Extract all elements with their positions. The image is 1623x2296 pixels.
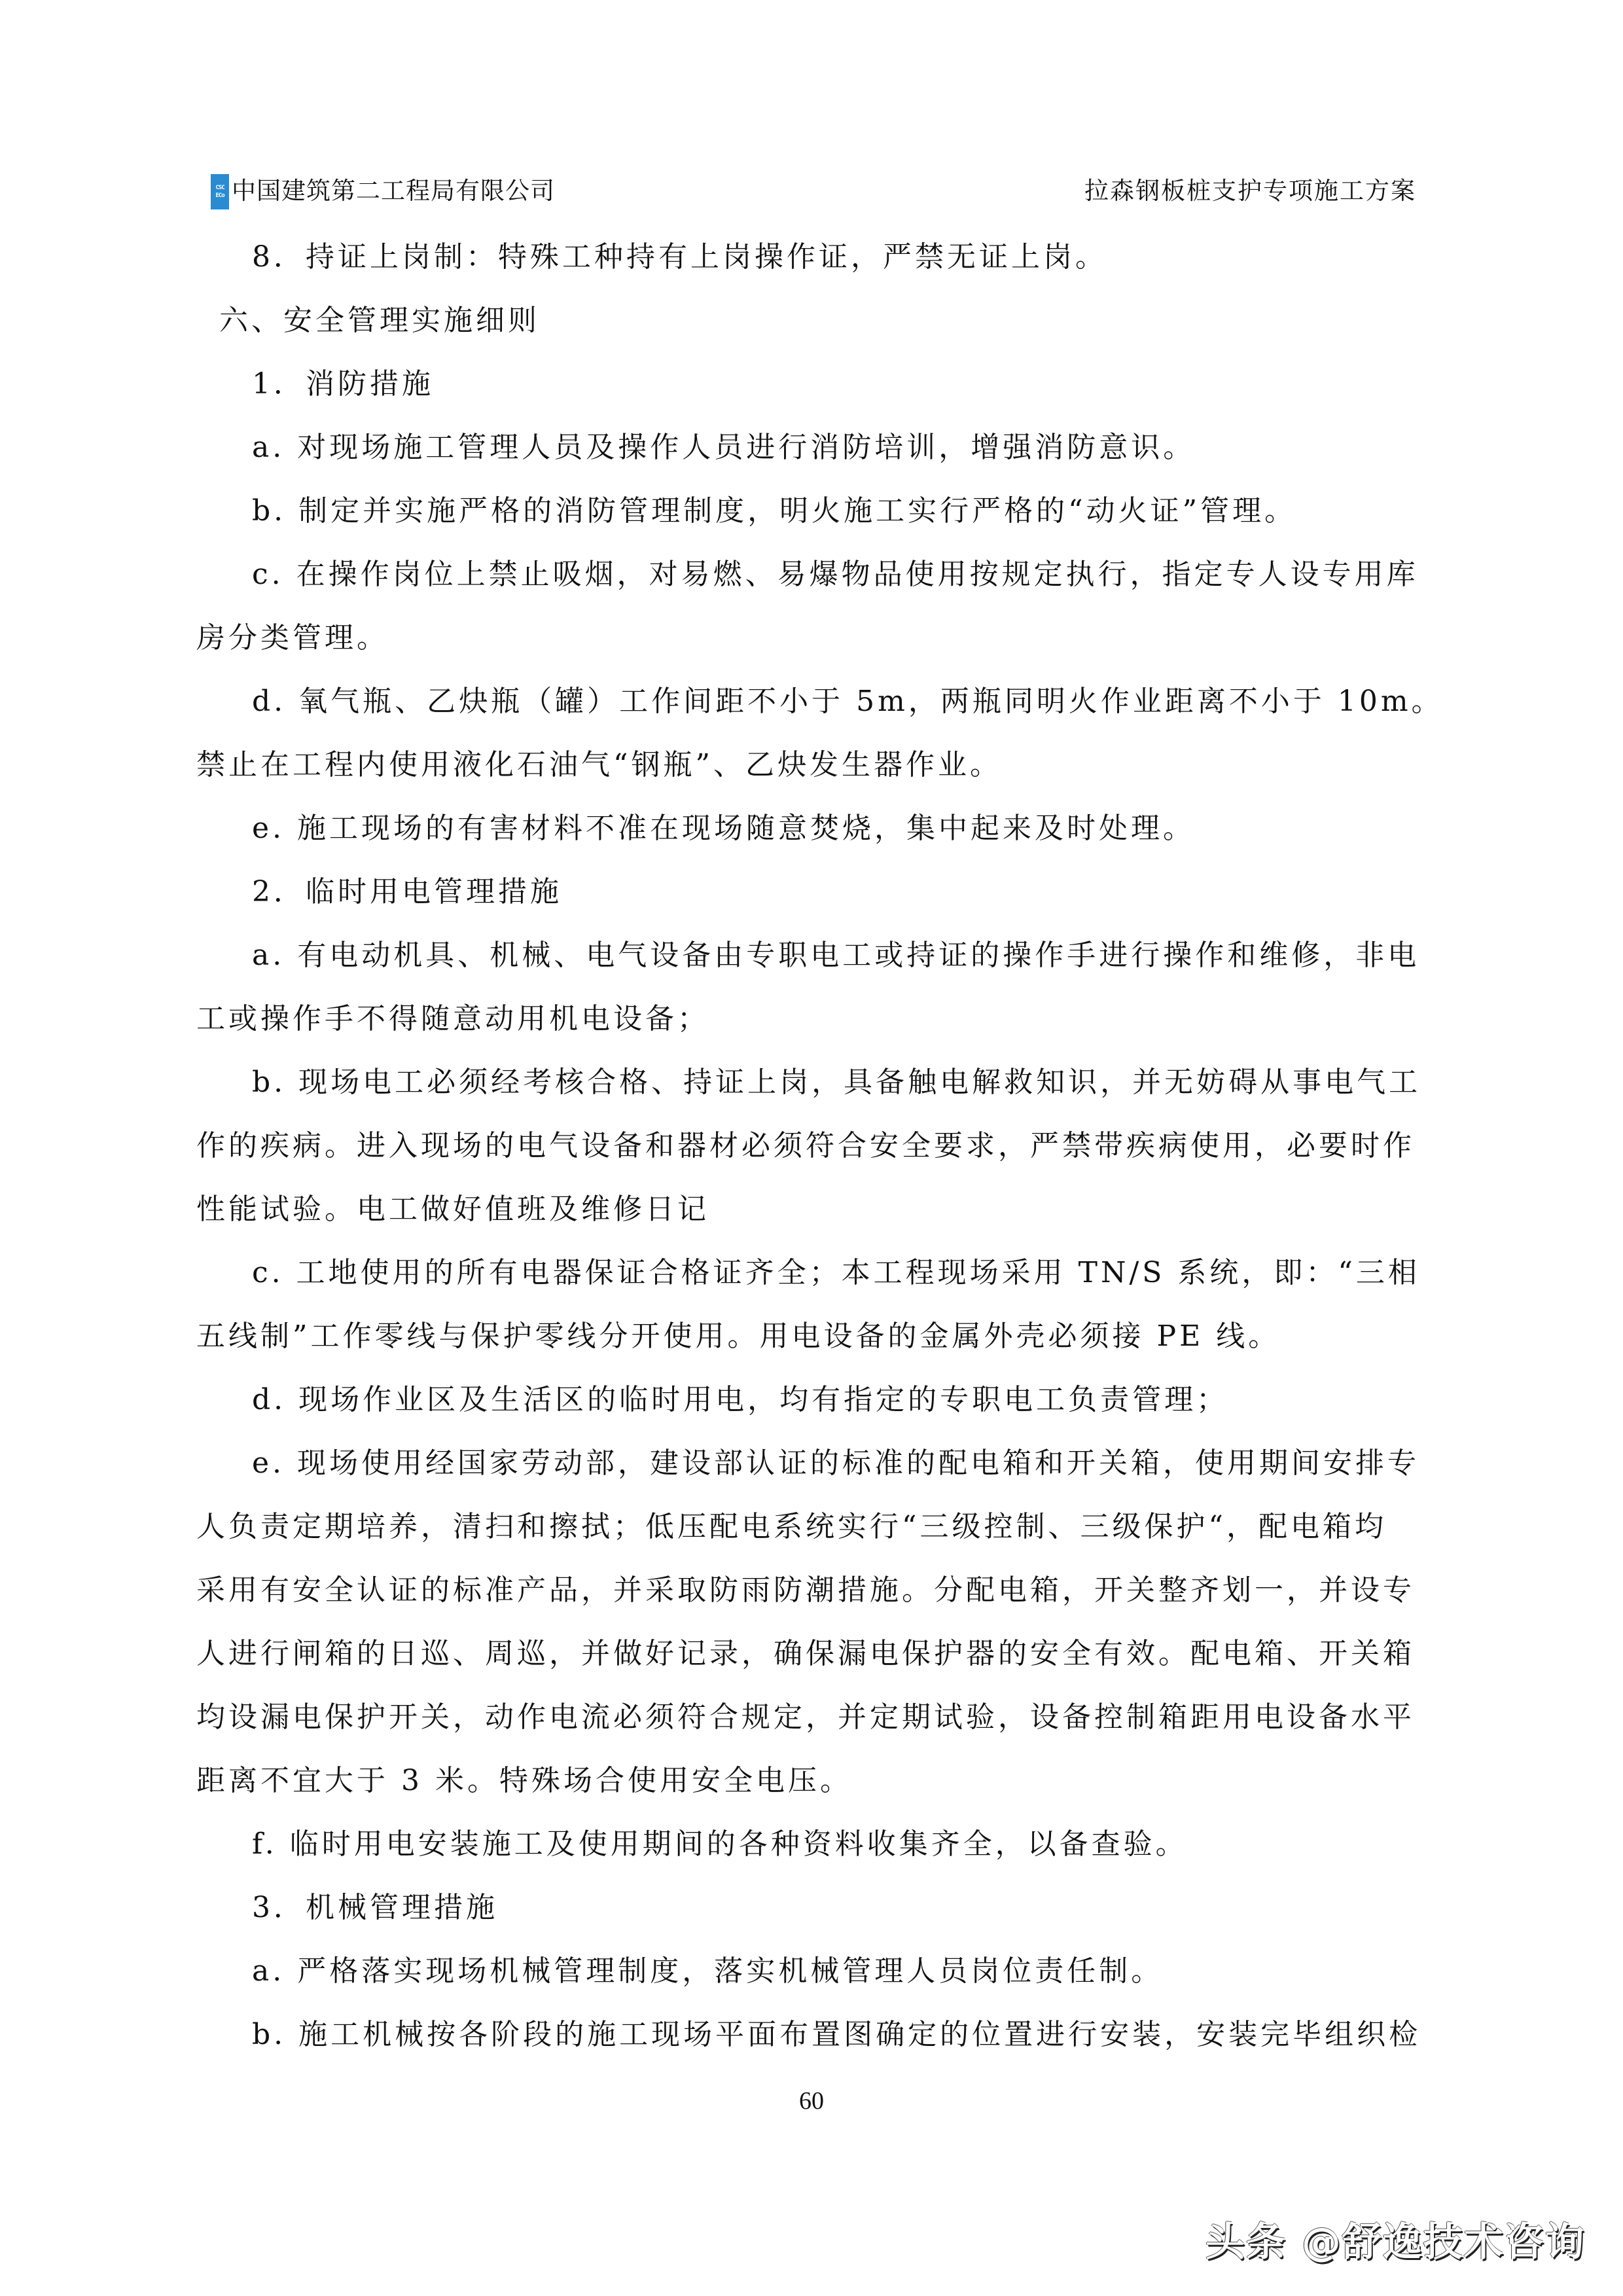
page-header: CSC ECo 中国建筑第二工程局有限公司 拉森钢板桩支护专项施工方案 xyxy=(208,171,1425,212)
subsection-heading: 3．机械管理措施 xyxy=(196,1876,1428,1939)
paragraph-line: f. 临时用电安装施工及使用期间的各种资料收集齐全，以备查验。 xyxy=(196,1812,1428,1876)
watermark: 头条 @舒逸技术咨询 xyxy=(1205,2217,1586,2267)
paragraph-line: d. 现场作业区及生活区的临时用电，均有指定的专职电工负责管理； xyxy=(196,1368,1428,1431)
document-body: 8．持证上岗制：特殊工种持有上岗操作证，严禁无证上岗。 六、安全管理实施细则 1… xyxy=(196,225,1428,2066)
paragraph-line: a. 对现场施工管理人员及操作人员进行消防培训，增强消防意识。 xyxy=(196,416,1428,479)
paragraph-continuation: 人进行闸箱的日巡、周巡，并做好记录，确保漏电保护器的安全有效。配电箱、开关箱 xyxy=(196,1622,1428,1685)
paragraph-line: b. 现场电工必须经考核合格、持证上岗，具备触电解救知识，并无妨碍从事电气工 xyxy=(196,1050,1428,1114)
paragraph-continuation: 采用有安全认证的标准产品，并采取防雨防潮措施。分配电箱，开关整齐划一，并设专 xyxy=(196,1558,1428,1622)
paragraph-line: c. 在操作岗位上禁止吸烟，对易燃、易爆物品使用按规定执行，指定专人设专用库 xyxy=(196,543,1428,606)
paragraph-line: e. 现场使用经国家劳动部，建设部认证的标准的配电箱和开关箱，使用期间安排专 xyxy=(196,1431,1428,1495)
paragraph-line: a. 严格落实现场机械管理制度，落实机械管理人员岗位责任制。 xyxy=(196,1939,1428,2003)
paragraph-line: b. 施工机械按各阶段的施工现场平面布置图确定的位置进行安装，安装完毕组织检 xyxy=(196,2003,1428,2066)
company-logo-icon: CSC ECo xyxy=(211,174,229,209)
subsection-heading: 1．消防措施 xyxy=(196,352,1428,416)
paragraph-continuation: 房分类管理。 xyxy=(196,606,1428,670)
paragraph-continuation: 距离不宜大于 3 米。特殊场合使用安全电压。 xyxy=(196,1749,1428,1812)
paragraph-continuation: 性能试验。电工做好值班及维修日记 xyxy=(196,1177,1428,1241)
page-number: 60 xyxy=(0,2087,1623,2115)
company-name: 中国建筑第二工程局有限公司 xyxy=(232,177,555,206)
section-heading: 六、安全管理实施细则 xyxy=(196,289,1428,352)
paragraph-continuation: 禁止在工程内使用液化石油气“钢瓶”、乙炔发生器作业。 xyxy=(196,733,1428,797)
paragraph-continuation: 人负责定期培养，清扫和擦拭；低压配电系统实行“三级控制、三级保护“，配电箱均 xyxy=(196,1495,1428,1558)
subsection-heading: 2．临时用电管理措施 xyxy=(196,860,1428,924)
paragraph-continuation: 工或操作手不得随意动用机电设备； xyxy=(196,987,1428,1050)
paragraph-line: d. 氧气瓶、乙炔瓶（罐）工作间距不小于 5m，两瓶同明火作业距离不小于 10m… xyxy=(196,670,1428,733)
paragraph-line: b. 制定并实施严格的消防管理制度，明火施工实行严格的“动火证”管理。 xyxy=(196,479,1428,543)
paragraph-line: a. 有电动机具、机械、电气设备由专职电工或持证的操作手进行操作和维修，非电 xyxy=(196,924,1428,987)
logo-row-top: CSC xyxy=(215,185,224,191)
paragraph-line: c. 工地使用的所有电器保证合格证齐全；本工程现场采用 TN/S 系统，即：“三… xyxy=(196,1241,1428,1304)
paragraph-continuation: 作的疾病。进入现场的电气设备和器材必须符合安全要求，严禁带疾病使用，必要时作 xyxy=(196,1114,1428,1177)
paragraph-continuation: 五线制”工作零线与保护零线分开使用。用电设备的金属外壳必须接 PE 线。 xyxy=(196,1304,1428,1368)
logo-row-bottom: ECo xyxy=(215,192,224,199)
paragraph-continuation: 均设漏电保护开关，动作电流必须符合规定，并定期试验，设备控制箱距用电设备水平 xyxy=(196,1685,1428,1749)
document-title: 拉森钢板桩支护专项施工方案 xyxy=(1084,177,1416,206)
paragraph-line: 8．持证上岗制：特殊工种持有上岗操作证，严禁无证上岗。 xyxy=(196,225,1428,289)
paragraph-line: e. 施工现场的有害材料不准在现场随意焚烧，集中起来及时处理。 xyxy=(196,797,1428,860)
